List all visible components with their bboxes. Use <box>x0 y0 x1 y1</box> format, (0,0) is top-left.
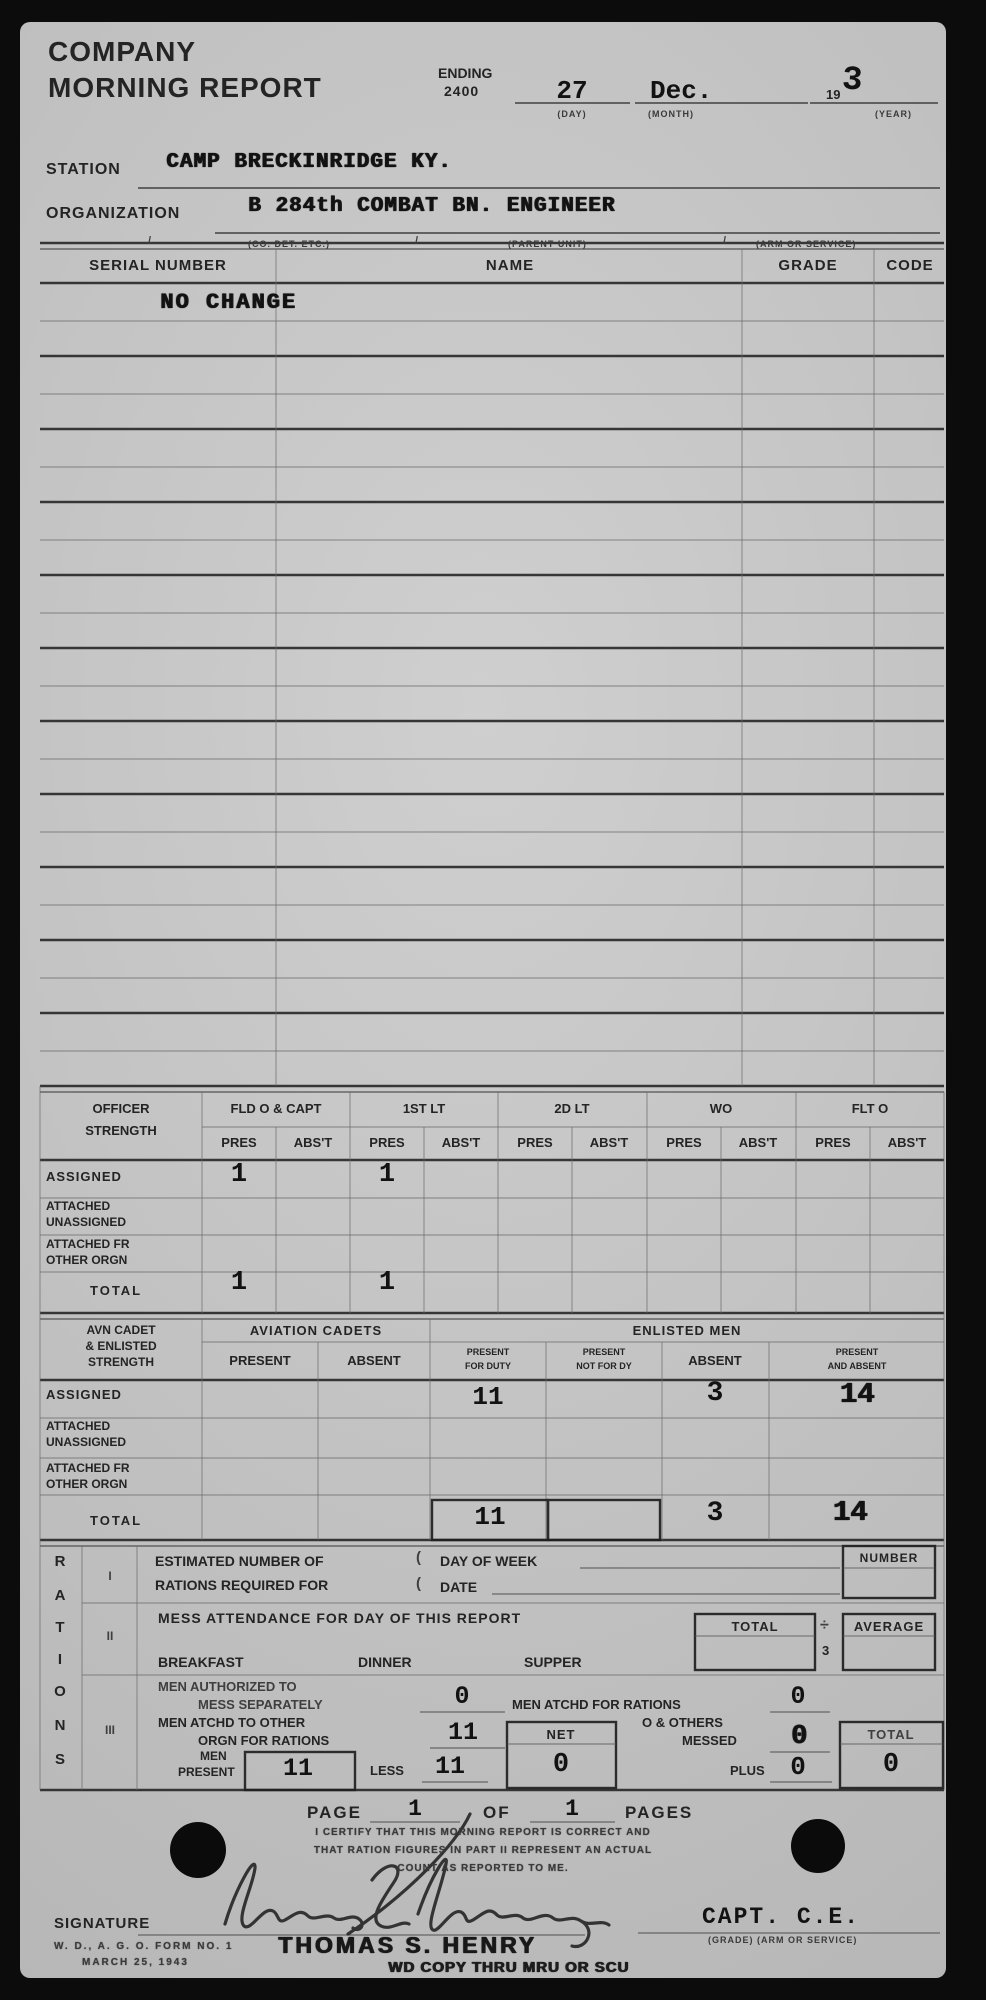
enlisted-row-attached-1b: UNASSIGNED <box>46 1436 126 1448</box>
enlisted-col-present: PRESENT <box>229 1354 290 1367</box>
plus-label: PLUS <box>730 1764 765 1777</box>
rations-date-label: DATE <box>440 1580 477 1594</box>
cert-line1: I CERTIFY THAT THIS MORNING REPORT IS CO… <box>315 1828 650 1838</box>
enlisted-row-attached-1a: ATTACHED <box>46 1420 110 1432</box>
page-label: PAGE <box>307 1804 362 1821</box>
rations-breakfast-label: BREAKFAST <box>158 1655 244 1669</box>
organization-value: B 284th COMBAT BN. ENGINEER <box>248 196 615 217</box>
rations-average-box-label: AVERAGE <box>854 1620 924 1633</box>
enlisted-row-attached-2a: ATTACHED FR <box>46 1462 130 1474</box>
officer-row-attached-2b: OTHER ORGN <box>46 1254 127 1266</box>
enlisted-header-line2: & ENLISTED <box>85 1340 156 1352</box>
rations-atchd-other-line2: ORGN FOR RATIONS <box>198 1734 329 1747</box>
officer-col-pres-2: PRES <box>369 1136 404 1149</box>
grade-sub-label: (GRADE) (ARM OR SERVICE) <box>708 1936 857 1945</box>
officer-assigned-fld-pres: 1 <box>231 1162 247 1189</box>
title-line2: MORNING REPORT <box>48 74 322 102</box>
officer-row-attached-2a: ATTACHED FR <box>46 1238 130 1250</box>
men-present-line2: PRESENT <box>178 1766 235 1778</box>
morning-report-page: COMPANY MORNING REPORT ENDING 2400 27 (D… <box>20 22 946 1978</box>
men-present-line1: MEN <box>200 1750 227 1762</box>
org-sub-co-det: (CO. DET. ETC.) <box>248 240 330 249</box>
org-slash-3: / <box>723 236 726 247</box>
net-box-label: NET <box>547 1728 576 1741</box>
col-grade: GRADE <box>778 258 837 273</box>
rations-letter-n: N <box>55 1718 66 1733</box>
rations-atchd-other-value: 11 <box>448 1720 478 1745</box>
enlisted-total-pa: 14 <box>833 1498 868 1527</box>
rations-letter-i: I <box>58 1652 62 1667</box>
officer-group-flt-o: FLT O <box>852 1102 889 1115</box>
officer-col-abst-4: ABS'T <box>739 1136 777 1149</box>
grade-value: CAPT. C.E. <box>702 1906 860 1929</box>
org-sub-arm-service: (ARM OR SERVICE) <box>756 240 856 249</box>
enlisted-col-absent: ABSENT <box>347 1354 400 1367</box>
form-number-line2: MARCH 25, 1943 <box>82 1958 189 1968</box>
rations-estimated-line1: ESTIMATED NUMBER OF <box>155 1554 324 1568</box>
enlisted-total-absent: 3 <box>707 1500 724 1528</box>
officer-col-abst-1: ABS'T <box>294 1136 332 1149</box>
station-value: CAMP BRECKINRIDGE KY. <box>166 152 452 173</box>
rations-letter-o: O <box>54 1684 66 1699</box>
officer-group-1st-lt: 1ST LT <box>403 1102 445 1115</box>
officer-col-abst-5: ABS'T <box>888 1136 926 1149</box>
date-year-printed: 19 <box>826 88 840 101</box>
cert-line3: COUNT AS REPORTED TO ME. <box>397 1864 568 1874</box>
officer-assigned-1lt-pres: 1 <box>379 1162 395 1189</box>
enlisted-col-pfd-line2: FOR DUTY <box>465 1362 511 1371</box>
rations-auth-line2: MESS SEPARATELY <box>198 1698 323 1711</box>
enlisted-row-total: TOTAL <box>90 1514 142 1527</box>
enlisted-col-pnfd-line1: PRESENT <box>583 1348 626 1357</box>
officer-col-pres-4: PRES <box>666 1136 701 1149</box>
rations-letter-r: R <box>55 1554 66 1569</box>
total-box-value: 0 <box>883 1752 899 1779</box>
officer-row-attached-1b: UNASSIGNED <box>46 1216 126 1228</box>
rations-day-of-week-label: DAY OF WEEK <box>440 1554 537 1568</box>
rations-total-box-label: TOTAL <box>731 1620 778 1633</box>
date-month-value: Dec. <box>650 78 712 104</box>
men-present-value: 11 <box>283 1756 313 1781</box>
officer-group-fldo-capt: FLD O & CAPT <box>231 1102 322 1115</box>
typed-signature-name: THOMAS S. HENRY <box>278 1934 537 1957</box>
pages-value: 1 <box>565 1798 579 1821</box>
title-line1: COMPANY <box>48 38 196 66</box>
rations-numeral-i: I <box>108 1570 111 1582</box>
roster-entry-no-change: NO CHANGE <box>160 292 297 314</box>
officer-col-pres-1: PRES <box>221 1136 256 1149</box>
date-day-value: 27 <box>556 78 587 104</box>
officer-total-1lt-pres: 1 <box>379 1270 395 1297</box>
cert-line2: THAT RATION FIGURES IN PART II REPRESENT… <box>314 1846 652 1856</box>
officer-header-line2: STRENGTH <box>85 1124 157 1137</box>
enlisted-col-absent-2: ABSENT <box>688 1354 741 1367</box>
divide-sign: ÷ <box>820 1618 829 1634</box>
rations-letter-t: T <box>55 1620 64 1635</box>
ending-time: 2400 <box>444 84 479 98</box>
less-value: 11 <box>435 1754 465 1779</box>
officer-group-2d-lt: 2D LT <box>554 1102 589 1115</box>
rations-estimated-line2: RATIONS REQUIRED FOR <box>155 1578 328 1592</box>
date-year-label: (YEAR) <box>875 110 912 119</box>
enlisted-row-assigned: ASSIGNED <box>46 1388 122 1401</box>
officer-row-assigned: ASSIGNED <box>46 1170 122 1183</box>
ending-label: ENDING <box>438 66 492 80</box>
date-month-label: (MONTH) <box>648 110 694 119</box>
org-sub-parent-unit: (PARENT UNIT) <box>508 240 587 249</box>
punch-hole-left <box>170 1822 226 1878</box>
rations-auth-line1: MEN AUTHORIZED TO <box>158 1680 297 1693</box>
enlisted-col-pnfd-line2: NOT FOR DY <box>576 1362 632 1371</box>
rations-numeral-ii: II <box>107 1630 114 1642</box>
rations-supper-label: SUPPER <box>524 1655 582 1669</box>
total-box-label: TOTAL <box>867 1728 914 1741</box>
copy-note: WD COPY THRU MRU OR SCU <box>388 1960 629 1975</box>
rations-atchd-for-label: MEN ATCHD FOR RATIONS <box>512 1698 681 1711</box>
punch-hole-right <box>791 1819 845 1873</box>
enlisted-col-pa-line2: AND ABSENT <box>828 1362 887 1371</box>
officer-row-total: TOTAL <box>90 1284 142 1297</box>
rations-number-box-label: NUMBER <box>860 1552 919 1564</box>
col-code: CODE <box>886 258 933 273</box>
station-label: STATION <box>46 162 121 178</box>
less-label: LESS <box>370 1764 404 1777</box>
enlisted-assigned-pfd: 11 <box>472 1384 503 1410</box>
date-year-typed: 3 <box>841 63 864 98</box>
rations-mess-attendance-title: MESS ATTENDANCE FOR DAY OF THIS REPORT <box>158 1611 521 1625</box>
enlisted-assigned-pa: 14 <box>840 1380 875 1409</box>
rations-dinner-label: DINNER <box>358 1655 412 1669</box>
officer-group-wo: WO <box>710 1102 732 1115</box>
form-number-line1: W. D., A. G. O. FORM NO. 1 <box>54 1942 233 1952</box>
enlisted-header-line1: AVN CADET <box>86 1324 155 1336</box>
officer-col-pres-3: PRES <box>517 1136 552 1149</box>
rations-others-line1: O & OTHERS <box>642 1716 723 1729</box>
pages-label: PAGES <box>625 1804 693 1821</box>
enlisted-header-line3: STRENGTH <box>88 1356 154 1368</box>
rations-numeral-iii: III <box>105 1724 115 1736</box>
plus-value: 0 <box>790 1754 806 1780</box>
officer-row-attached-1a: ATTACHED <box>46 1200 110 1212</box>
officer-col-abst-2: ABS'T <box>442 1136 480 1149</box>
rations-paren-2: ( <box>416 1576 421 1591</box>
enlisted-assigned-absent: 3 <box>707 1380 724 1408</box>
enlisted-col-pfd-line1: PRESENT <box>467 1348 510 1357</box>
col-serial-number: SERIAL NUMBER <box>89 258 227 273</box>
enlisted-group-aviation-cadets: AVIATION CADETS <box>250 1324 382 1337</box>
date-day-label: (DAY) <box>557 110 586 119</box>
officer-header-line1: OFFICER <box>92 1102 149 1115</box>
signature-label: SIGNATURE <box>54 1916 150 1931</box>
officer-col-abst-3: ABS'T <box>590 1136 628 1149</box>
rations-paren-1: ( <box>416 1550 421 1565</box>
enlisted-col-pa-line1: PRESENT <box>836 1348 879 1357</box>
officer-total-fld-pres: 1 <box>231 1270 247 1297</box>
enlisted-group-enlisted-men: ENLISTED MEN <box>633 1324 742 1337</box>
rations-atchd-other-line1: MEN ATCHD TO OTHER <box>158 1716 305 1729</box>
divide-divisor: 3 <box>822 1644 829 1657</box>
organization-label: ORGANIZATION <box>46 206 180 222</box>
rations-auth-value: 0 <box>454 1684 469 1709</box>
page-value: 1 <box>408 1798 422 1821</box>
enlisted-total-pfd: 11 <box>474 1504 505 1530</box>
rations-atchd-for-value: 0 <box>790 1684 805 1709</box>
rations-letter-s: S <box>55 1752 65 1767</box>
org-slash-1: / <box>148 236 151 247</box>
rations-others-line2: MESSED <box>682 1734 737 1747</box>
org-slash-2: / <box>415 236 418 247</box>
rations-others-value: 0 <box>791 1724 807 1751</box>
net-box-value: 0 <box>553 1752 569 1779</box>
col-name: NAME <box>486 258 534 273</box>
of-label: OF <box>483 1804 511 1821</box>
officer-col-pres-5: PRES <box>815 1136 850 1149</box>
enlisted-row-attached-2b: OTHER ORGN <box>46 1478 127 1490</box>
rations-letter-a: A <box>55 1588 66 1603</box>
